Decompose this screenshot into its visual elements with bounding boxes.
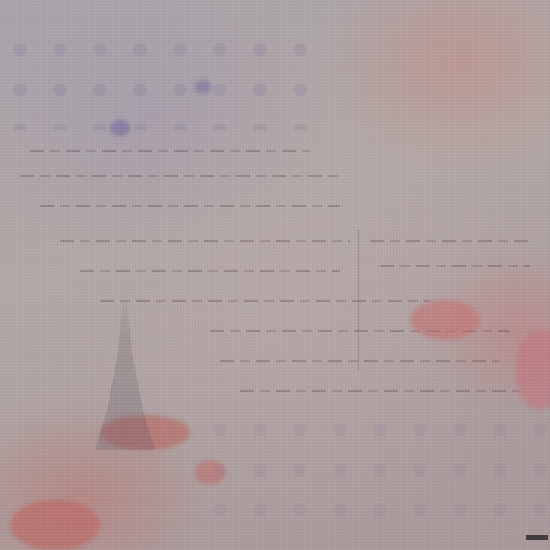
rose-accent [10, 500, 100, 550]
script-line [370, 240, 530, 242]
rose-accent [195, 460, 225, 485]
margin-line [358, 230, 359, 370]
scrapbook-paper [0, 0, 550, 550]
script-line [380, 265, 530, 267]
script-line [240, 390, 520, 392]
eiffel-tower-motif [95, 290, 155, 450]
script-line [40, 205, 340, 207]
script-line [30, 150, 310, 152]
rose-accent [410, 300, 480, 340]
lace-motif-bottom [200, 400, 550, 520]
script-line [220, 360, 500, 362]
flower-accent [195, 80, 211, 94]
script-line [60, 240, 350, 242]
flower-accent [110, 120, 130, 136]
script-line [100, 300, 430, 302]
script-line [80, 270, 340, 272]
lace-motif-top [0, 20, 330, 130]
script-line [20, 175, 340, 177]
corner-mark [526, 535, 548, 540]
rose-accent [515, 330, 550, 410]
